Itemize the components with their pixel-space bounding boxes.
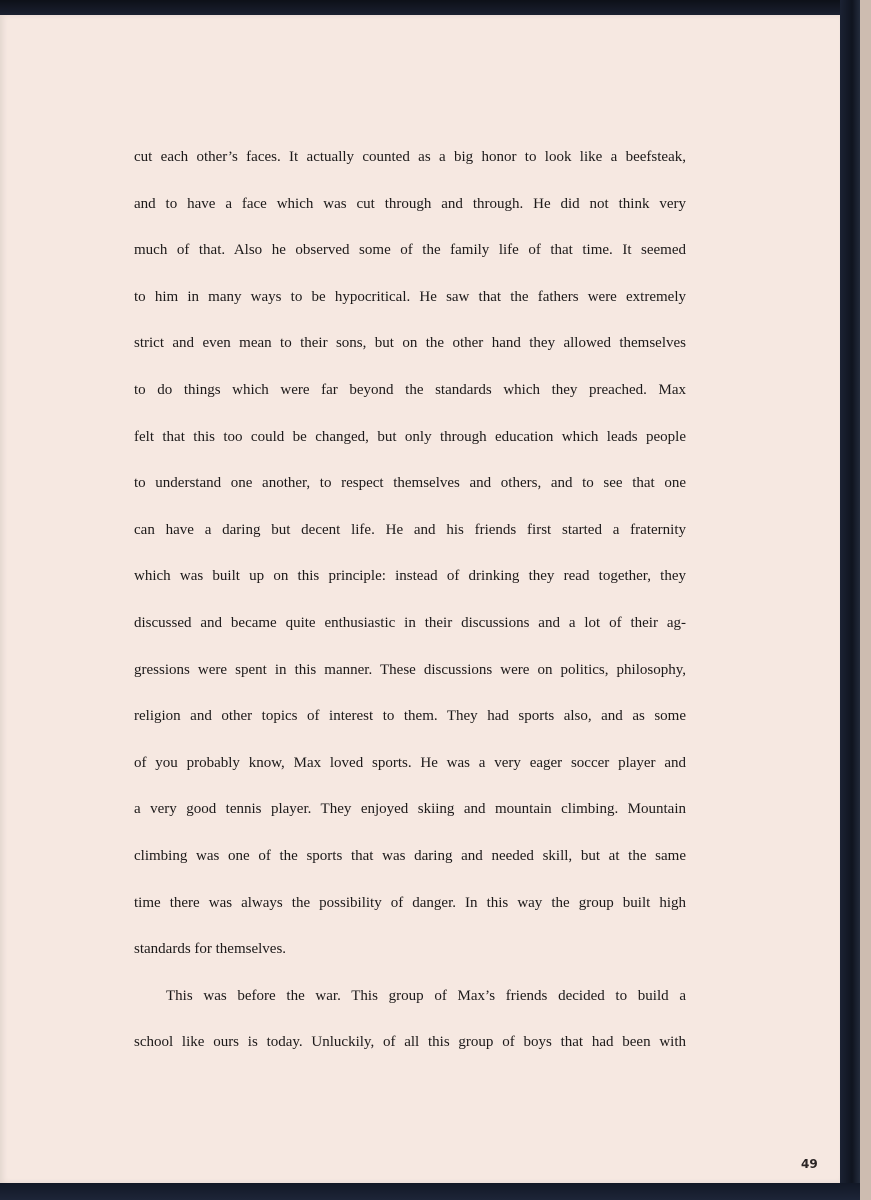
text-line: time there was always the possibility of… (134, 889, 686, 936)
text-line: to understand one another, to respect th… (134, 469, 686, 516)
paragraph-start-line: This was before the war. This group of M… (134, 982, 686, 1029)
text-line: and to have a face which was cut through… (134, 190, 686, 237)
text-line: can have a daring but decent life. He an… (134, 516, 686, 563)
text-line: which was built up on this principle: in… (134, 562, 686, 609)
text-line: cut each other’s faces. It actually coun… (134, 143, 686, 190)
text-line: felt that this too could be changed, but… (134, 423, 686, 470)
text-line: a very good tennis player. They enjoyed … (134, 795, 686, 842)
book-cover-right-edge (840, 0, 860, 1200)
text-line: strict and even mean to their sons, but … (134, 329, 686, 376)
book-page: cut each other’s faces. It actually coun… (0, 15, 840, 1183)
text-line: school like ours is today. Unluckily, of… (134, 1028, 686, 1075)
book-cover-bottom-edge (0, 1183, 860, 1200)
page-number: 49 (801, 1157, 818, 1171)
text-line: much of that. Also he observed some of t… (134, 236, 686, 283)
text-line: discussed and became quite enthusiastic … (134, 609, 686, 656)
body-text: cut each other’s faces. It actually coun… (134, 143, 686, 1075)
text-line: of you probably know, Max loved sports. … (134, 749, 686, 796)
background-surface (860, 0, 871, 1200)
book-cover-top-edge (0, 0, 860, 15)
text-line: religion and other topics of interest to… (134, 702, 686, 749)
paragraph-end-line: standards for themselves. (134, 935, 686, 982)
text-line: to him in many ways to be hypocritical. … (134, 283, 686, 330)
text-line: climbing was one of the sports that was … (134, 842, 686, 889)
text-line: gressions were spent in this manner. The… (134, 656, 686, 703)
text-line: to do things which were far beyond the s… (134, 376, 686, 423)
